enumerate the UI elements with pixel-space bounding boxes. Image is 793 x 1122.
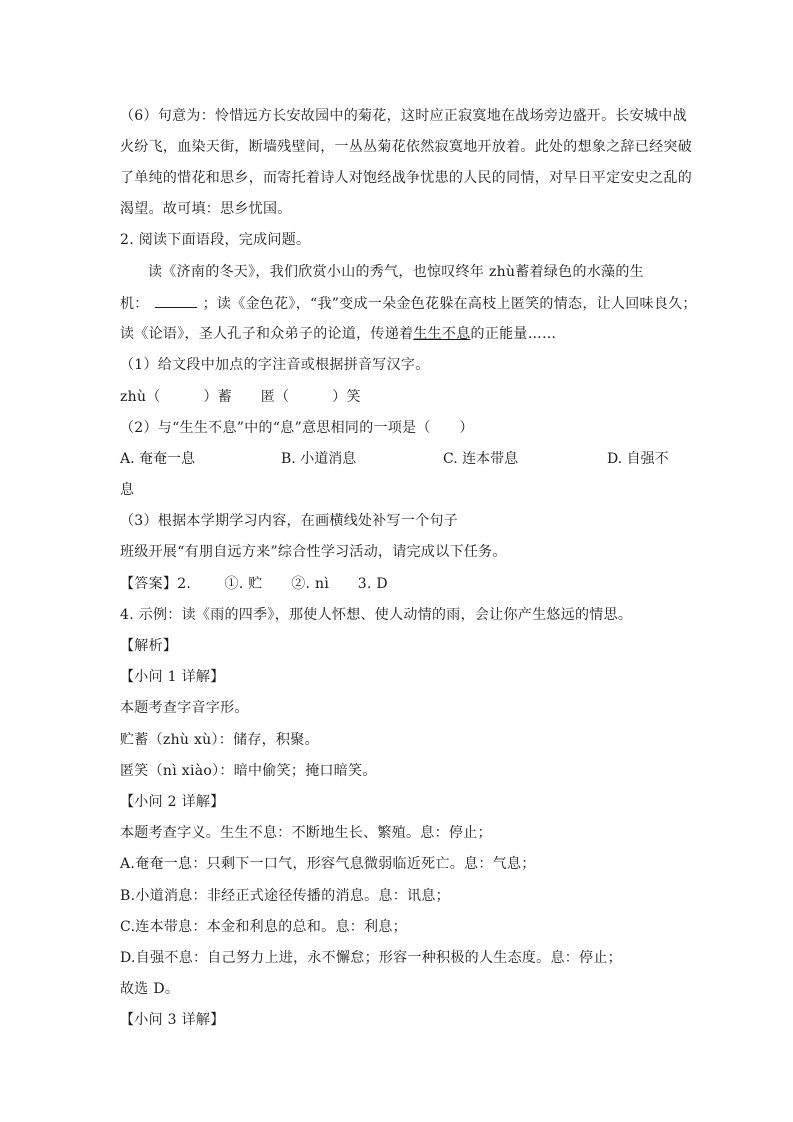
q2-line: 本题考查字义。生生不息：不断地生长、繁殖。息：停止； <box>120 823 492 843</box>
explanation-line: 了单纯的惜花和思乡，而寄托着诗人对饱经战争忧患的人民的同情，对早日平定安史之乱的 <box>120 168 692 188</box>
option-b: B. 小道消息 <box>281 449 356 469</box>
analysis-heading: 【解析】 <box>120 636 177 656</box>
q2-heading: 【小问 2 详解】 <box>120 792 225 812</box>
sub-question-1-fill: zhù（ ）蓄 匿（ ）笑 <box>120 387 361 407</box>
sub-question-3: （3）根据本学期学习内容，在画横线处补写一个句子 <box>120 511 458 531</box>
passage-line-2: 机：；读《金色花》，“我”变成一朵金色花躲在高枝上匿笑的情态，让人回味良久； <box>120 293 697 314</box>
q1-heading: 【小问 1 详解】 <box>120 667 225 687</box>
answer-text: 2. ①. 贮 ②. nì 3. D <box>177 576 388 592</box>
q2-line: 故选 D。 <box>120 979 179 999</box>
sub-question-2: （2）与“生生不息”中的“息”意思相同的一项是（ ） <box>120 418 474 438</box>
q2-line: D.自强不息：自己努力上进，永不懈怠；形容一种积极的人生态度。息：停止； <box>120 948 622 968</box>
option-c: C. 连本带息 <box>443 449 518 469</box>
option-a: A. 奄奄一息 <box>120 449 195 469</box>
document-page: （6）句意为：怜惜远方长安故园中的菊花，这时应正寂寞地在战场旁边盛开。长安城中战… <box>0 0 793 1122</box>
explanation-line: （6）句意为：怜惜远方长安故园中的菊花，这时应正寂寞地在战场旁边盛开。长安城中战 <box>120 106 687 126</box>
fill-in-blank <box>155 293 197 308</box>
q1-line: 匿笑（nì xiào）：暗中偷笑；掩口暗笑。 <box>120 761 377 781</box>
passage-text: 机： <box>120 296 149 312</box>
q3-heading: 【小问 3 详解】 <box>120 1010 225 1030</box>
activity-intro: 班级开展“有朋自远方来”综合性学习活动，请完成以下任务。 <box>120 542 507 562</box>
answer-line-2: 4. 示例：读《雨的四季》，那使人怀想、使人动情的雨，会让你产生悠远的情思。 <box>120 605 632 625</box>
passage-text: 的正能量…… <box>471 326 557 342</box>
passage-line-3: 读《论语》，圣人孔子和众弟子的论道，传递着生生不息的正能量…… <box>120 324 556 344</box>
question-2-title: 2. 阅读下面语段，完成问题。 <box>120 230 310 250</box>
passage-text: 读《论语》，圣人孔子和众弟子的论道，传递着 <box>120 326 413 342</box>
passage-line-1: 读《济南的冬天》，我们欣赏小山的秀气，也惊叹终年 zhù蓄着绿色的水藻的生 <box>148 262 644 282</box>
q2-line: A.奄奄一息：只剩下一口气，形容气息微弱临近死亡。息：气息； <box>120 854 536 874</box>
q2-line: C.连本带息：本金和利息的总和。息：利息； <box>120 917 407 937</box>
answer-line: 【答案】2. ①. 贮 ②. nì 3. D <box>120 574 388 594</box>
explanation-line: 火纷飞，血染天街，断墙残壁间，一丛丛菊花依然寂寞地开放着。此处的想象之辞已经突破 <box>120 137 692 157</box>
option-d-wrap: 息 <box>120 480 134 500</box>
explanation-line: 渴望。故可填：思乡忧国。 <box>120 199 292 219</box>
sub-question-1: （1）给文段中加点的字注音或根据拼音写汉字。 <box>120 355 430 375</box>
option-d: D. 自强不 <box>607 449 669 469</box>
q1-line: 贮蓄（zhù xù）：储存，积聚。 <box>120 730 319 750</box>
q1-line: 本题考查字音字形。 <box>120 698 249 718</box>
underlined-phrase: 生生不息 <box>413 326 470 342</box>
q2-line: B.小道消息：非经正式途径传播的消息。息：讯息； <box>120 886 450 906</box>
passage-text: ；读《金色花》，“我”变成一朵金色花躲在高枝上匿笑的情态，让人回味良久； <box>203 296 697 312</box>
answer-label: 【答案】 <box>120 576 177 592</box>
